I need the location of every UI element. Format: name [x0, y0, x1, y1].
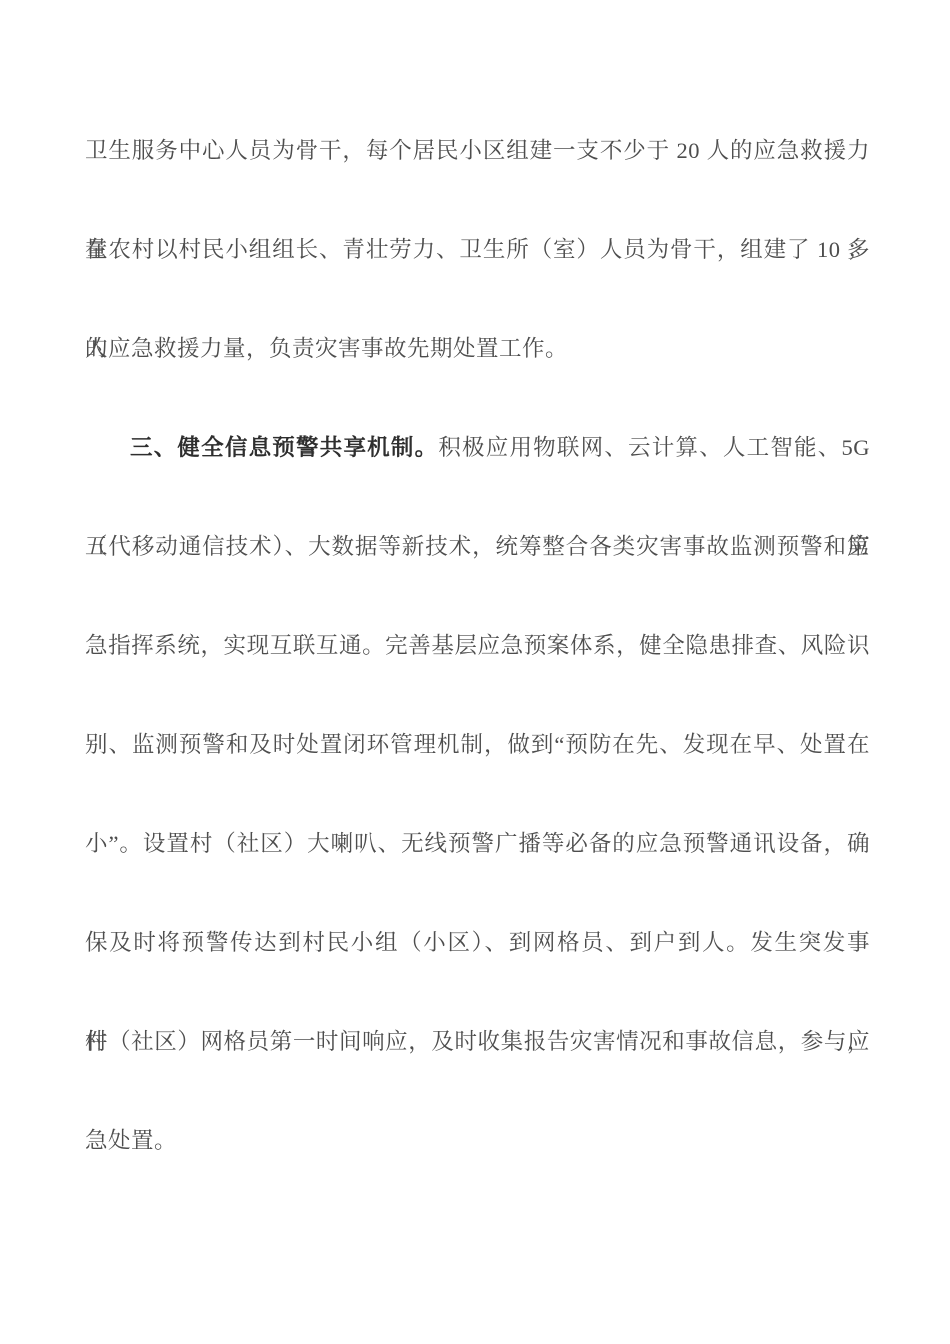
text-line: 的应急救援力量，负责灾害事故先期处置工作。 — [85, 299, 870, 398]
text-line: 保及时将预警传达到村民小组（小区）、到网格员、到户到人。发生突发事件， — [85, 893, 870, 992]
text-line: 在农村以村民小组组长、青壮劳力、卫生所（室）人员为骨干，组建了 10 多人 — [85, 200, 870, 299]
paragraph-text: 急处置。 — [85, 1128, 177, 1153]
text-line: 急处置。 — [85, 1091, 870, 1190]
text-line: 五代移动通信技术）、大数据等新技术，统筹整合各类灾害事故监测预警和应 — [85, 497, 870, 596]
text-line: 村（社区）网格员第一时间响应，及时收集报告灾害情况和事故信息，参与应 — [85, 992, 870, 1091]
text-line: 急指挥系统，实现互联互通。完善基层应急预案体系，健全隐患排查、风险识 — [85, 596, 870, 695]
text-line: 小”。设置村（社区）大喇叭、无线预警广播等必备的应急预警通讯设备，确 — [85, 794, 870, 893]
paragraph-text: 急指挥系统，实现互联互通。完善基层应急预案体系，健全隐患排查、风险识 — [85, 633, 870, 658]
text-line: 卫生服务中心人员为骨干，每个居民小区组建一支不少于 20 人的应急救援力量； — [85, 101, 870, 200]
paragraph-text: 五代移动通信技术）、大数据等新技术，统筹整合各类灾害事故监测预警和应 — [85, 534, 870, 559]
text-line: 别、监测预警和及时处置闭环管理机制，做到“预防在先、发现在早、处置在 — [85, 695, 870, 794]
section-heading-text: 三、健全信息预警共享机制。 — [130, 435, 438, 460]
text-line: 三、健全信息预警共享机制。积极应用物联网、云计算、人工智能、5G（第 — [85, 398, 870, 497]
paragraph-text: 别、监测预警和及时处置闭环管理机制，做到“预防在先、发现在早、处置在 — [85, 732, 870, 757]
paragraph-text: 的应急救援力量，负责灾害事故先期处置工作。 — [85, 336, 568, 361]
paragraph-text: 小”。设置村（社区）大喇叭、无线预警广播等必备的应急预警通讯设备，确 — [85, 831, 870, 856]
document-body: 卫生服务中心人员为骨干，每个居民小区组建一支不少于 20 人的应急救援力量；在农… — [85, 101, 870, 1190]
paragraph-text: 村（社区）网格员第一时间响应，及时收集报告灾害情况和事故信息，参与应 — [85, 1029, 870, 1054]
document-page: 卫生服务中心人员为骨干，每个居民小区组建一支不少于 20 人的应急救援力量；在农… — [0, 0, 950, 1344]
